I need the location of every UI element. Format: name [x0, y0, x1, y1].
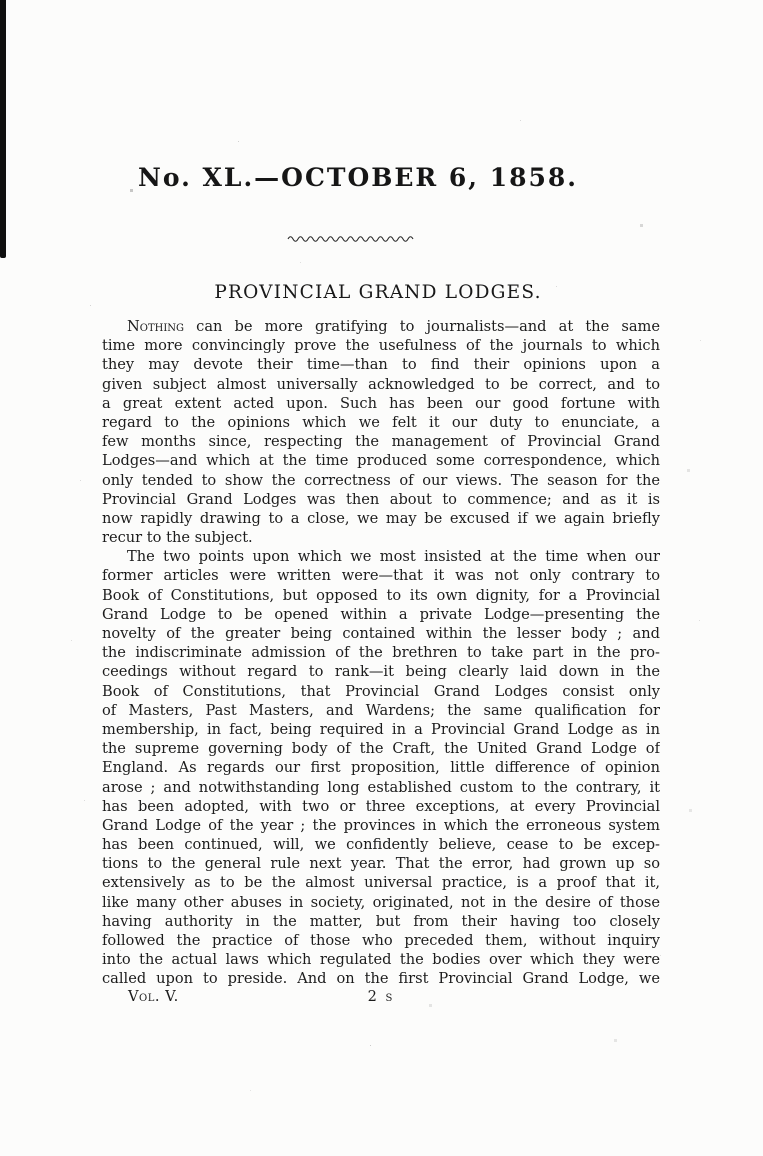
text-line: few months since, respecting the managem…	[102, 432, 660, 451]
text-line: now rapidly drawing to a close, we may b…	[102, 509, 660, 528]
text-line: only tended to show the correctness of o…	[102, 471, 660, 490]
text-line: they may devote their time—than to find …	[102, 355, 660, 374]
text-line: into the actual laws which regulated the…	[102, 950, 660, 969]
text-line: like many other abuses in society, origi…	[102, 893, 660, 912]
text-line: the supreme governing body of the Craft,…	[102, 739, 660, 758]
article-title: PROVINCIAL GRAND LODGES.	[214, 282, 541, 303]
text-line: Book of Constitutions, but opposed to it…	[102, 586, 660, 605]
text-line: former articles were written were—that i…	[102, 566, 660, 585]
line-text: can be more gratifying to journalists—an…	[184, 318, 660, 335]
text-line: followed the practice of those who prece…	[102, 931, 660, 950]
volume-label: Vol. V.	[128, 988, 179, 1005]
text-line: membership, in fact, being required in a…	[102, 720, 660, 739]
text-line: called upon to preside. And on the first…	[102, 969, 660, 988]
text-line: has been adopted, with two or three exce…	[102, 797, 660, 816]
text-line: Lodges—and which at the time produced so…	[102, 451, 660, 470]
text-line: arose ; and notwithstanding long establi…	[102, 778, 660, 797]
text-line: recur to the subject.	[102, 528, 660, 547]
text-line: the indiscriminate admission of the bret…	[102, 643, 660, 662]
text-line: has been continued, will, we confidently…	[102, 835, 660, 854]
text-line: having authority in the matter, but from…	[102, 912, 660, 931]
article-body: Nothing can be more gratifying to journa…	[102, 317, 660, 989]
text-line: of Masters, Past Masters, and Wardens; t…	[102, 701, 660, 720]
page-footer: Vol. V. 2 s	[102, 988, 660, 1008]
text-line: ceedings without regard to rank—it being…	[102, 662, 660, 681]
issue-title: No. XL.—OCTOBER 6, 1858.	[138, 163, 578, 192]
text-line: Book of Constitutions, that Provincial G…	[102, 682, 660, 701]
text-line: regard to the opinions which we felt it …	[102, 413, 660, 432]
text-line: Nothing can be more gratifying to journa…	[102, 317, 660, 336]
lead-word: Nothing	[127, 318, 184, 335]
scan-edge-artifact	[0, 0, 6, 258]
text-line: given subject almost universally acknowl…	[102, 375, 660, 394]
scanned-page: No. XL.—OCTOBER 6, 1858. PROVINCIAL GRAN…	[0, 0, 763, 1156]
wavy-divider	[286, 233, 420, 243]
text-line: Grand Lodge to be opened within a privat…	[102, 605, 660, 624]
text-line: Provincial Grand Lodges was then about t…	[102, 490, 660, 509]
text-line: England. As regards our first propositio…	[102, 758, 660, 777]
text-line: novelty of the greater being contained w…	[102, 624, 660, 643]
text-line: time more convincingly prove the usefuln…	[102, 336, 660, 355]
text-line: Grand Lodge of the year ; the provinces …	[102, 816, 660, 835]
scan-noise	[0, 0, 1, 1]
text-line: extensively as to be the almost universa…	[102, 873, 660, 892]
text-line: a great extent acted upon. Such has been…	[102, 394, 660, 413]
text-line: tions to the general rule next year. Tha…	[102, 854, 660, 873]
signature-mark: 2 s	[368, 988, 395, 1005]
text-line: The two points upon which we most insist…	[102, 547, 660, 566]
